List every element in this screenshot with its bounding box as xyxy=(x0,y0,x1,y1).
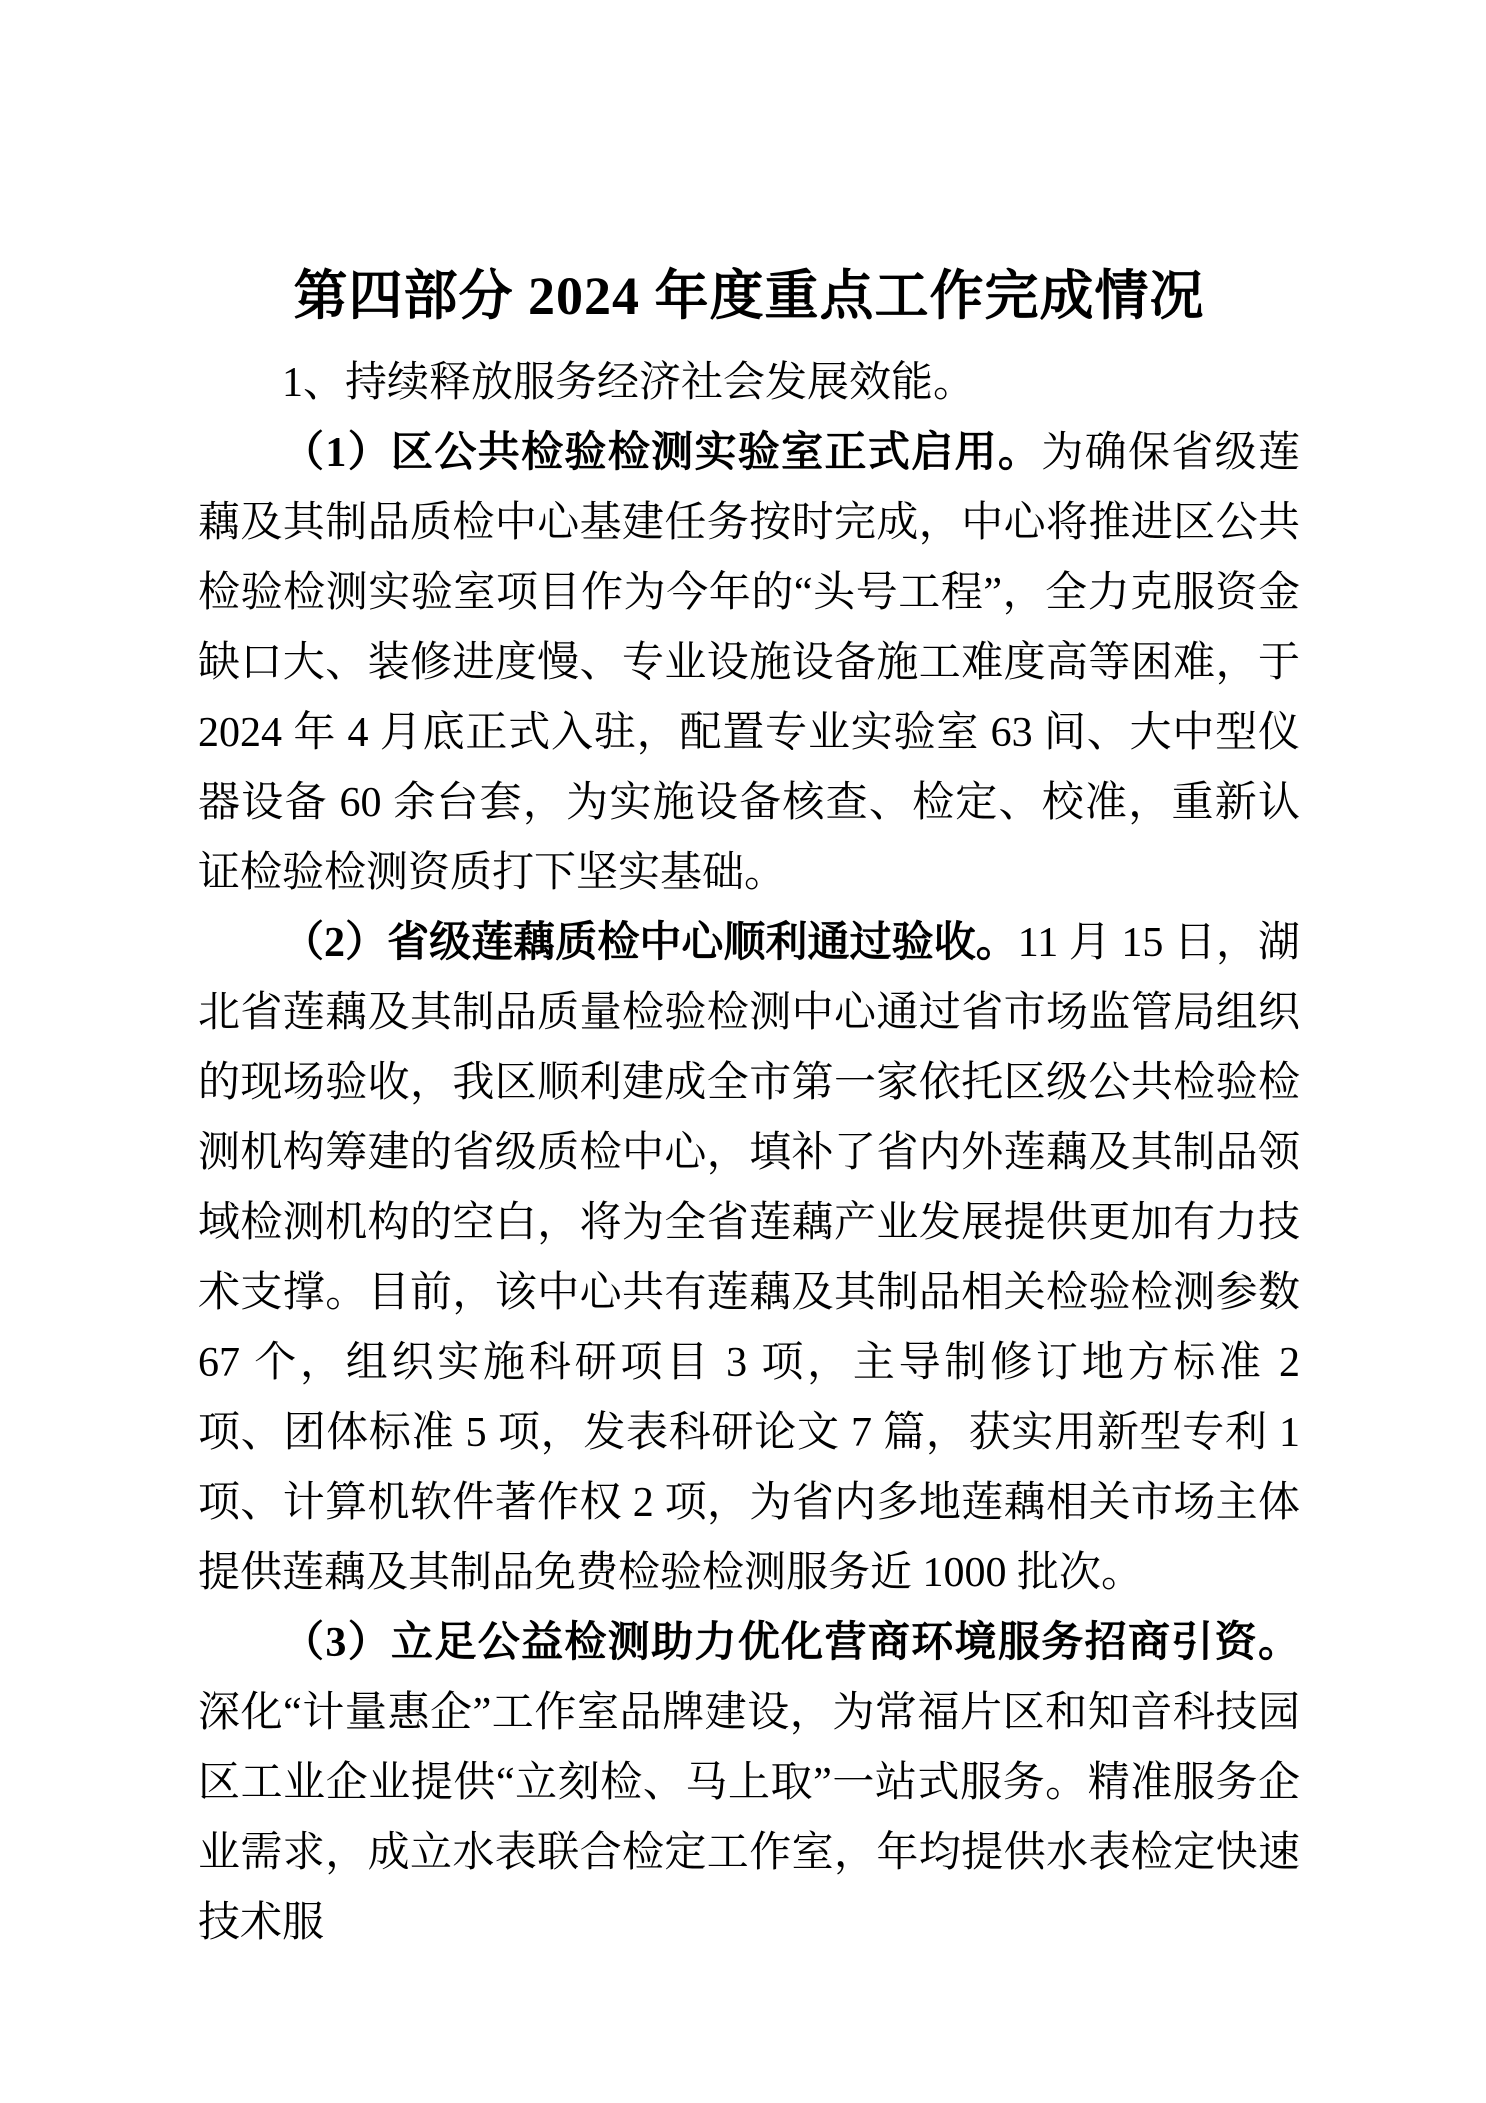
paragraph-body: 深化“计量惠企”工作室品牌建设，为常福片区和知音科技园区工业企业提供“立刻检、马… xyxy=(198,1690,1300,1946)
paragraph-body: 为确保省级莲藕及其制品质检中心基建任务按时完成，中心将推进区公共检验检测实验室项… xyxy=(198,430,1300,896)
document-title: 第四部分 2024 年度重点工作完成情况 xyxy=(198,258,1300,334)
document-page: 第四部分 2024 年度重点工作完成情况 1、持续释放服务经济社会发展效能。 （… xyxy=(0,0,1486,2103)
paragraph: （1）区公共检验检测实验室正式启用。为确保省级莲藕及其制品质检中心基建任务按时完… xyxy=(198,418,1300,908)
section-heading: 1、持续释放服务经济社会发展效能。 xyxy=(198,348,1300,418)
paragraph: （2）省级莲藕质检中心顺利通过验收。11 月 15 日，湖北省莲藕及其制品质量检… xyxy=(198,908,1300,1608)
paragraph-lead: （1）区公共检验检测实验室正式启用。 xyxy=(282,430,1041,476)
paragraph-lead: （3）立足公益检测助力优化营商环境服务招商引资。 xyxy=(282,1620,1300,1666)
paragraph-lead: （2）省级莲藕质检中心顺利通过验收。 xyxy=(282,920,1018,966)
paragraph: （3）立足公益检测助力优化营商环境服务招商引资。深化“计量惠企”工作室品牌建设，… xyxy=(198,1608,1300,1958)
paragraph-body: 11 月 15 日，湖北省莲藕及其制品质量检验检测中心通过省市场监管局组织的现场… xyxy=(198,920,1300,1596)
